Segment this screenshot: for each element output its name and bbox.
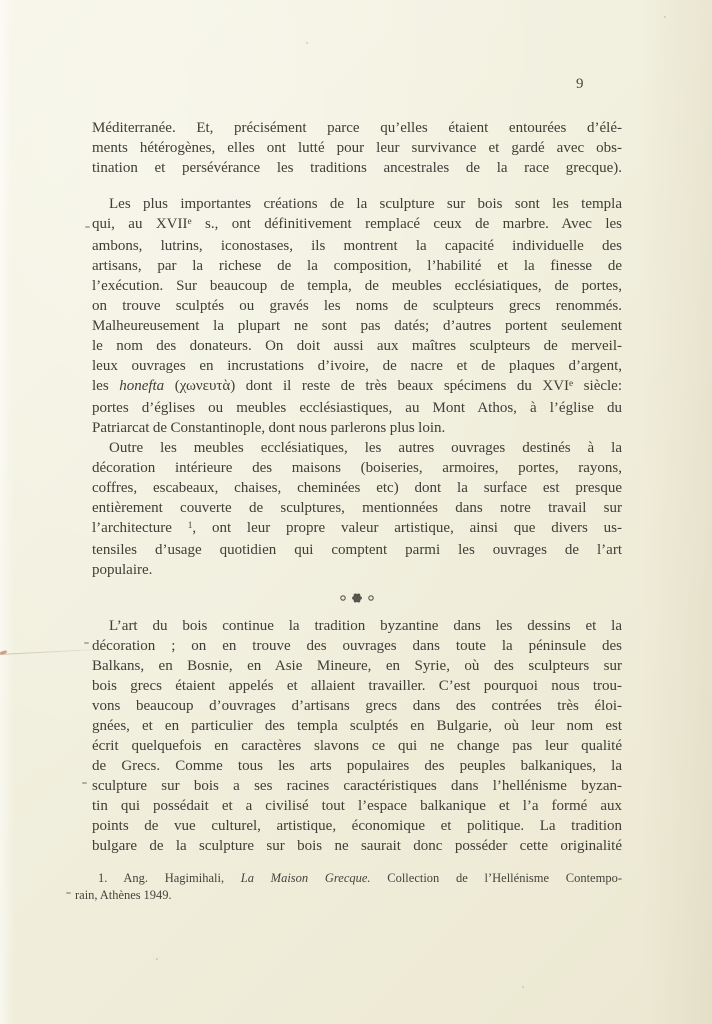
text-line: ambons, lutrins, iconostases, ils montre… [92,236,622,256]
ink-artifact [82,782,87,784]
footnote-line: rain, Athènes 1949. [75,887,622,904]
scanned-book-page: 9 Méditerranée. Et, précisément parce qu… [0,0,712,1024]
superscript: e [187,217,191,227]
footnote: 1. Ang. Hagimihali, La Maison Grecque. C… [75,870,622,904]
superscript: 1 [188,521,193,531]
text-line: Malheureusement la plupart ne sont pas d… [92,316,622,336]
ink-artifact [66,892,71,894]
text-line: ments hétérogènes, elles ont lutté pour … [92,138,622,158]
text-line: sculpture sur bois a ses racines caracté… [92,776,622,796]
text-line: L’art du bois continue la tradition byza… [92,616,622,636]
paper-crease [0,648,106,655]
text-line: l’exécution. Sur beaucoup de templa, de … [92,276,622,296]
footnote-line: 1. Ang. Hagimihali, La Maison Grecque. C… [75,870,622,887]
paragraph: Méditerranée. Et, précisément parce qu’e… [92,118,622,178]
text-line: les honefta (χωνευτὰ) dont il reste de t… [92,376,622,398]
ink-artifact [84,642,89,644]
dust-speck [156,958,158,960]
dust-speck [306,42,308,44]
superscript: e [569,379,573,389]
text-line: Balkans, en Bosnie, en Asie Mineure, en … [92,656,622,676]
text-line: écrit quelquefois en caractères slavons … [92,736,622,756]
text-segment: s., ont définitivement remplacé ceux de … [192,216,622,232]
text-line: tin qui possédait et a civilisé tout l’e… [92,796,622,816]
text-line: le nom des donateurs. On doit aussi aux … [92,336,622,356]
text-segment: siècle: [573,378,622,394]
text-line: décoration ; on en trouve des ouvrages d… [92,636,622,656]
paragraph: Les plus importantes créations de la scu… [92,194,622,438]
text-line: artisans, par la richese de la compositi… [92,256,622,276]
text-line: décoration intérieure des maisons (boise… [92,458,622,478]
text-segment: Collection de l’Hellénisme Contempo- [371,871,622,885]
italic-text: La Maison Grecque. [241,871,371,885]
paragraph: L’art du bois continue la tradition byza… [92,616,622,856]
text-line: tination et persévérance les traditions … [92,158,622,178]
text-segment: l’architecture [92,520,188,536]
fleuron-icon [338,591,376,605]
text-segment: , ont leur propre valeur artistique, ain… [192,520,622,536]
text-segment: qui, au XVII [92,216,187,232]
text-line: Les plus importantes créations de la scu… [92,194,622,214]
dust-speck [664,16,666,18]
section-ornament [92,588,622,608]
page-number: 9 [560,76,600,93]
paragraph: Outre les meubles ecclésiatiques, les au… [92,438,622,580]
text-line: leux ouvrages en incrustations d’ivoire,… [92,356,622,376]
text-line: l’architecture 1, ont leur propre valeur… [92,518,622,540]
text-line: bulgare de la sculpture sur bois ne saur… [92,836,622,856]
dust-speck [522,986,524,988]
italic-text: honefta [119,378,164,394]
text-line: Outre les meubles ecclésiatiques, les au… [92,438,622,458]
text-line: qui, au XVIIe s., ont définitivement rem… [92,214,622,236]
text-line: de Grecs. Comme tous les arts populaires… [92,756,622,776]
text-line: tensiles d’usage quotidien qui comptent … [92,540,622,560]
text-line: entièrement couverte de sculptures, ment… [92,498,622,518]
page-edge-highlight [0,0,14,1024]
text-line: bois grecs étaient appelés et allaient t… [92,676,622,696]
text-segment: (χωνευτὰ) dont il reste de très beaux sp… [164,378,569,394]
text-line: populaire. [92,560,622,580]
ink-artifact [85,226,90,228]
text-line: Patriarcat de Constantinople, dont nous … [92,418,622,438]
text-line: vons beaucoup d’ouvrages d’artisans grec… [92,696,622,716]
text-line: portes d’églises ou meubles ecclésiastiq… [92,398,622,418]
body-text: Méditerranée. Et, précisément parce qu’e… [92,118,622,856]
text-line: gnées, et en particulier des templa scul… [92,716,622,736]
text-segment: 1. Ang. Hagimihali, [98,871,241,885]
text-line: on trouve sculptés ou gravés les noms de… [92,296,622,316]
text-line: coffres, escabeaux, chaises, cheminées e… [92,478,622,498]
text-column: Méditerranée. Et, précisément parce qu’e… [92,118,622,904]
text-line: points de vue culturel, artistique, écon… [92,816,622,836]
text-line: Méditerranée. Et, précisément parce qu’e… [92,118,622,138]
text-segment: les [92,378,119,394]
